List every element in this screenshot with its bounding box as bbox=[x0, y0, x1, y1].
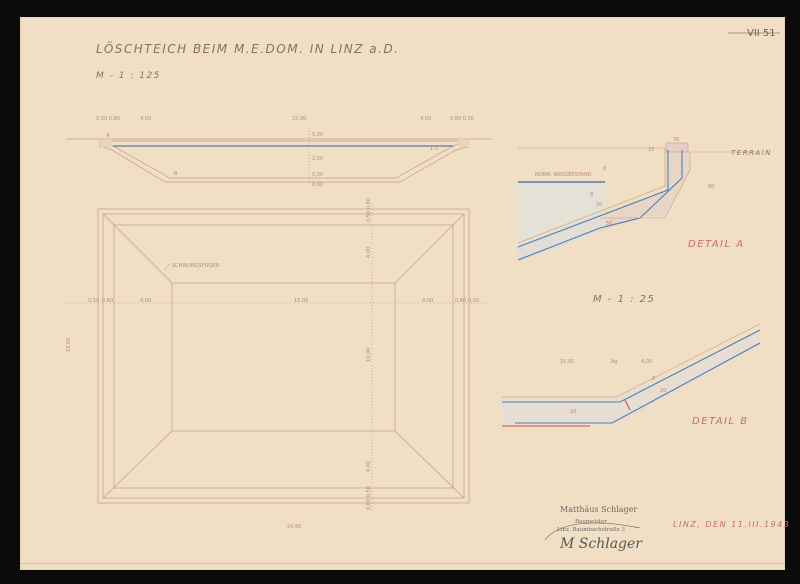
svg-text:20: 20 bbox=[570, 409, 576, 415]
svg-text:30: 30 bbox=[673, 137, 679, 143]
svg-text:2,50: 2,50 bbox=[312, 156, 323, 162]
svg-text:8: 8 bbox=[590, 192, 593, 198]
svg-text:4,00: 4,00 bbox=[140, 298, 151, 304]
svg-text:Linz, Baumbachstraße 3: Linz, Baumbachstraße 3 bbox=[557, 527, 625, 533]
detail-a-drawing: 30 10 8 8 20 50 80 NORM. WASSERSTAND TER… bbox=[518, 137, 772, 262]
signature: M Schlager bbox=[559, 536, 643, 552]
svg-text:Matthäus Schlager: Matthäus Schlager bbox=[560, 505, 637, 514]
svg-text:NORM. WASSERSTAND: NORM. WASSERSTAND bbox=[535, 172, 592, 178]
svg-text:0,50 0,80: 0,50 0,80 bbox=[366, 198, 372, 222]
svg-text:SCHWUNGSFUGEN: SCHWUNGSFUGEN bbox=[172, 263, 219, 269]
detail-b-drawing: 15,00 Ag 4,00 8 20 20 DETAIL B bbox=[502, 324, 760, 427]
svg-text:0,50: 0,50 bbox=[88, 298, 99, 304]
svg-text:50: 50 bbox=[606, 221, 612, 227]
svg-text:0,50: 0,50 bbox=[468, 298, 479, 304]
svg-text:8: 8 bbox=[652, 376, 655, 382]
svg-text:20: 20 bbox=[660, 388, 666, 394]
svg-text:4,00: 4,00 bbox=[366, 247, 372, 258]
svg-text:0,80 0,50: 0,80 0,50 bbox=[366, 486, 372, 510]
main-scale: M - 1 : 125 bbox=[96, 71, 161, 81]
svg-text:10: 10 bbox=[648, 147, 654, 153]
section-labels: A B 0,50 0,80 4,00 15,00 4,00 0,80 0,50 … bbox=[96, 116, 474, 188]
svg-text:A: A bbox=[106, 133, 110, 139]
detail-b-title: DETAIL B bbox=[692, 416, 749, 427]
svg-text:4,00: 4,00 bbox=[366, 461, 372, 472]
svg-text:4,00: 4,00 bbox=[140, 116, 151, 122]
architect-stamp: Matthäus Schlager Baumeister Linz, Baumb… bbox=[545, 505, 643, 552]
svg-text:0,80: 0,80 bbox=[102, 298, 113, 304]
svg-text:0,80: 0,80 bbox=[312, 182, 323, 188]
date-line: LINZ, DEN 11.III.1943 bbox=[673, 520, 790, 529]
svg-text:0,80 0,50: 0,80 0,50 bbox=[450, 116, 474, 122]
technical-drawing: LÖSCHTEICH BEIM M.E.DOM. IN LINZ a.D. M … bbox=[0, 0, 800, 584]
svg-text:1:1: 1:1 bbox=[430, 146, 438, 152]
svg-text:0,30: 0,30 bbox=[312, 172, 323, 178]
sheet-number: VII 51 bbox=[747, 28, 776, 39]
cross-section bbox=[66, 125, 492, 188]
svg-text:Ag: Ag bbox=[611, 359, 618, 365]
terrain-label: TERRAIN bbox=[731, 149, 772, 157]
svg-text:15,00: 15,00 bbox=[292, 116, 306, 122]
svg-text:0,50 0,80: 0,50 0,80 bbox=[96, 116, 120, 122]
detail-scale: M - 1 : 25 bbox=[593, 294, 655, 305]
svg-text:15,00: 15,00 bbox=[560, 359, 574, 365]
svg-text:4,00: 4,00 bbox=[420, 116, 431, 122]
plan-labels: SCHWUNGSFUGEN 0,50 0,80 4,00 15,00 4,00 … bbox=[66, 198, 479, 530]
drawing-title: LÖSCHTEICH BEIM M.E.DOM. IN LINZ a.D. bbox=[96, 40, 400, 56]
svg-text:80: 80 bbox=[708, 184, 714, 190]
svg-text:10,00: 10,00 bbox=[366, 348, 372, 362]
detail-a-title: DETAIL A bbox=[688, 239, 745, 250]
plan-view bbox=[66, 203, 492, 510]
svg-text:15,00: 15,00 bbox=[294, 298, 308, 304]
svg-text:20: 20 bbox=[596, 202, 602, 208]
svg-text:4,00: 4,00 bbox=[641, 359, 652, 365]
svg-text:0,80: 0,80 bbox=[455, 298, 466, 304]
svg-text:19,60: 19,60 bbox=[66, 338, 72, 352]
svg-text:0,20: 0,20 bbox=[312, 132, 323, 138]
svg-text:4,00: 4,00 bbox=[422, 298, 433, 304]
svg-text:24,60: 24,60 bbox=[287, 524, 301, 530]
svg-text:8: 8 bbox=[603, 166, 606, 172]
svg-text:B: B bbox=[174, 171, 178, 177]
